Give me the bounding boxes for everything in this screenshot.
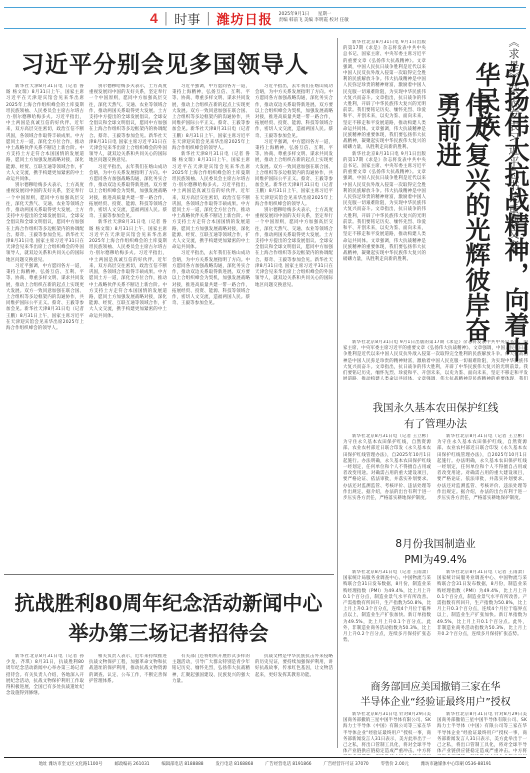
press-headline: 抗战胜利80周年纪念活动新闻中心 举办第三场记者招待会 [0,588,337,648]
farmland-body-col-1: 新华社北京8月31日电（记者 王立彬）为守住永久基本农田保护红线，自然资源部、农… [343,434,431,524]
qiushi-body-col-1: 新华社北京8月31日电 9月1日出版的第17期《求是》杂志将发表中共中央总书记、… [343,40,426,340]
main-article-col-2: 别尔德穆哈梅多夫表示，土方高度重视发展同中国的友好关系，坚定奉行一个中国原则，愿… [89,84,167,568]
footer-price: 零售价 2.00元 [381,761,409,767]
commerce-headline: 商务部回应美国撤销三家在华 半导体企业“经验证最终用户”授权 [343,680,528,710]
main-headline: 习近平分别会见多国领导人 [0,46,330,79]
masthead: 4 | 时事 | 潍坊日报 2025年9月1日 星期一 责编 韩前飞 美编 李明… [150,9,349,27]
top-rule-2 [4,28,526,29]
divider: | [206,11,210,26]
section-name: 时事 [174,9,200,28]
farmland-body-col-2: 新华社北京8月31日电（记者 王立彬）为守住永久基本农田保护红线，自然资源部、农… [437,434,527,524]
press-body-col-1: 新华社北京8月31日电（记者 孙少龙、齐琪）8月31日，抗战胜利80周年纪念活动… [6,654,84,754]
footer-postcode: 邮政编码 261031 [115,761,150,767]
page-number: 4 [150,10,158,26]
qiushi-headline-2: 伟大复兴的光辉彼岸奋勇前进 [433,92,491,352]
column-divider [337,38,338,748]
footer: 地址 潍坊市奎文区文化路1100号 邮政编码 261031 编辑部电话 8188… [0,761,530,767]
press-body-col-4: 抗战文物是中华民族抗击外来侵略的历史见证，要持续加强保护利用，讲好抗战故事，传承… [255,654,333,754]
pmi-headline: 8月份我国制造业 PMI为49.4% [343,536,528,568]
footer-ad-license: 广告经营许可证 37070 [324,761,369,767]
main-article-col-4: 习近平指出，去年我们在喀山成功会晤，为中方关系发展指明了方向。中方愿同各方加强战… [255,84,333,568]
press-body-col-3: 有关部门还将组织开展形式多样的主题活动，引导广大群众特别是青少年铭记历史、缅怀先… [172,654,250,754]
footer-distribution-phone: 发行电话 8168868 [216,761,254,767]
footer-printer: 潍坊市融媒体中心印刷 0536-88191 [421,761,492,767]
farmland-headline: 我国永久基本农田保护红线 有了管理办法 [343,400,528,432]
commerce-body-col-1: 新华社北京8月31日电 针对8月29日美国商务部撤销三星中国半导体有限公司、SK… [343,712,431,755]
section-divider [4,574,334,575]
main-article-col-1: 新华社天津8月31日电（记者 鲁旸 杨文瑞）8月31日上午，国家主席习近平在天津… [6,84,84,568]
pmi-body-col-2: 新华社北京8月31日电（记者 王雨萧）国家统计局服务业调查中心、中国物流与采购联… [437,570,527,672]
divider: | [164,11,168,26]
pmi-body-col-1: 新华社北京8月31日电（记者 王雨萧）国家统计局服务业调查中心、中国物流与采购联… [343,570,431,672]
staff-credits: 责编 韩前飞 美编 李明霞 校对 任敏 [279,18,349,24]
issue-meta: 2025年9月1日 星期一 责编 韩前飞 美编 李明霞 校对 任敏 [279,12,349,24]
press-body-col-2: 相关负责人表示，近年来持续推进抗战文物保护工程，加强革命文物和抗战遗址的保护利用… [89,654,167,754]
issue-date: 2025年9月1日 [279,12,310,17]
paper-logo: 潍坊日报 [217,9,273,28]
footer-editorial-phone: 编辑部电话 8188888 [162,761,204,767]
footer-address: 地址 潍坊市奎文区文化路1100号 [39,761,103,767]
bottom-rule [4,757,526,758]
footer-ad-phone: 广告经营电话 8191866 [265,761,311,767]
main-article-col-3: 习近平强调，中方愿同各方一道，秉持上海精神，弘扬互信、互利、平等、协商、尊重多样… [172,84,250,568]
commerce-body-col-2: 新华社北京8月31日电 针对8月29日美国商务部撤销三星中国半导体有限公司、SK… [437,712,527,755]
issue-weekday: 星期一 [318,12,332,17]
